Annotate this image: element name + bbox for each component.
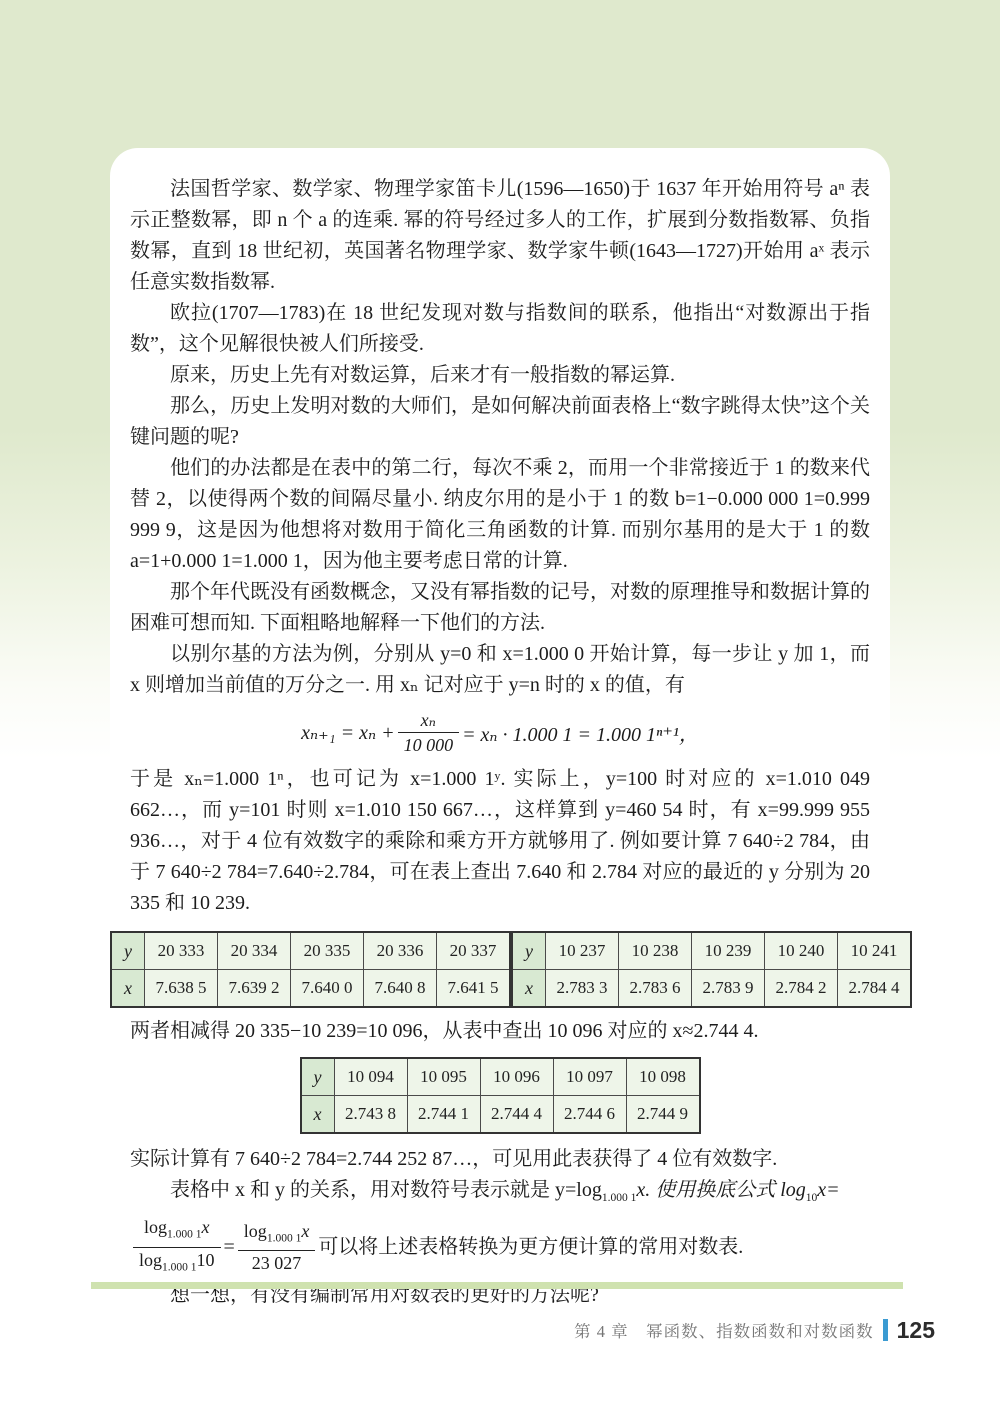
lookup-table-20335: y 20 333 20 334 20 335 20 336 20 337 x 7… — [110, 931, 511, 1008]
paragraph-burgi-method: 以别尔基的方法为例，分别从 y=0 和 x=1.000 0 开始计算，每一步让 … — [130, 639, 870, 701]
table-cell: 7.639 2 — [218, 970, 291, 1008]
table-cell: 10 238 — [619, 932, 692, 970]
paragraph-descartes-powers: 法国哲学家、数学家、物理学家笛卡儿(1596—1650)于 1637 年开始用符… — [130, 174, 870, 298]
footer-divider-bar — [91, 1282, 903, 1289]
table-cell: 2.744 4 — [480, 1096, 553, 1134]
fraction-numerator: log1.000 1x — [238, 1220, 316, 1252]
paragraph-logs-first: 原来，历史上先有对数运算，后来才有一般指数的幂运算. — [130, 360, 870, 391]
row-label-x: x — [111, 970, 145, 1008]
fraction-numerator: log1.000 1x — [133, 1216, 221, 1248]
paragraph-actual-result: 实际计算有 7 640÷2 784=2.744 252 87…，可见用此表获得了… — [130, 1144, 870, 1175]
fraction-right: log1.000 1x 23 027 — [238, 1220, 316, 1275]
log-base-subscript: 1.000 1 — [167, 1229, 202, 1241]
table-cell: 2.744 6 — [553, 1096, 626, 1134]
formula-lhs: xₙ₊₁ = xₙ + — [301, 720, 394, 745]
side-by-side-tables: y 20 333 20 334 20 335 20 336 20 337 x 7… — [110, 931, 888, 1008]
table-cell: 20 333 — [145, 932, 218, 970]
log-function: log — [244, 1221, 267, 1241]
row-label-x: x — [301, 1096, 335, 1134]
row-label-x: x — [512, 970, 546, 1008]
table-cell: 10 095 — [407, 1058, 480, 1096]
table-cell: 2.743 8 — [334, 1096, 407, 1134]
paragraph-subtraction: 两者相减得 20 335−10 239=10 096，从表中查出 10 096 … — [130, 1016, 870, 1047]
log-base-subscript: 1.000 1 — [162, 1261, 197, 1273]
page-number: 125 — [897, 1317, 935, 1344]
log-base-subscript: 10 — [806, 1192, 818, 1204]
table-cell: 7.638 5 — [145, 970, 218, 1008]
paragraph-no-function-concept: 那个年代既没有函数概念，又没有幂指数的记号，对数的原理推导和数据计算的困难可想而… — [130, 577, 870, 639]
log-argument: 10 — [197, 1250, 215, 1270]
table-row-y: y 10 237 10 238 10 239 10 240 10 241 — [512, 932, 911, 970]
table-cell: 10 098 — [626, 1058, 700, 1096]
table-cell: 10 097 — [553, 1058, 626, 1096]
table-cell: 2.783 3 — [546, 970, 619, 1008]
fraction-left: log1.000 1x log1.000 110 — [133, 1216, 221, 1278]
page-footer: 第 4 章 幂函数、指数函数和对数函数 125 — [574, 1316, 935, 1344]
table-cell: 20 337 — [437, 932, 511, 970]
row-label-y: y — [111, 932, 145, 970]
recurrence-formula: xₙ₊₁ = xₙ + xₙ 10 000 = xₙ · 1.000 1 = 1… — [130, 709, 870, 756]
paragraph-euler-logs: 欧拉(1707—1783)在 18 世纪发现对数与指数间的联系，他指出“对数源出… — [130, 298, 870, 360]
table-row-x: x 2.783 3 2.783 6 2.783 9 2.784 2 2.784 … — [512, 970, 911, 1008]
fraction-numerator: xₙ — [398, 709, 460, 733]
lookup-table-10096: y 10 094 10 095 10 096 10 097 10 098 x 2… — [300, 1057, 701, 1134]
chapter-title: 第 4 章 幂函数、指数函数和对数函数 — [574, 1318, 874, 1342]
paragraph-napier-burgi: 他们的办法都是在表中的第二行，每次不乘 2，而用一个非常接近于 1 的数来代替 … — [130, 453, 870, 577]
table-row-y: y 20 333 20 334 20 335 20 336 20 337 — [111, 932, 510, 970]
fraction-denominator: 10 000 — [398, 733, 460, 756]
table-cell: 2.783 6 — [619, 970, 692, 1008]
log-notation-text-c: x= — [817, 1179, 839, 1201]
table-cell: 20 335 — [291, 932, 364, 970]
fraction-denominator: 23 027 — [238, 1251, 316, 1274]
table-cell: 7.640 0 — [291, 970, 364, 1008]
center-table-wrap: y 10 094 10 095 10 096 10 097 10 098 x 2… — [130, 1057, 870, 1134]
table-cell: 2.744 9 — [626, 1096, 700, 1134]
table-cell: 7.640 8 — [364, 970, 437, 1008]
table-cell: 10 096 — [480, 1058, 553, 1096]
log-argument: x — [202, 1217, 210, 1237]
formula-tail-text: 可以将上述表格转换为更方便计算的常用对数表. — [318, 1232, 743, 1263]
log-notation-text-b: x. 使用换底公式 log — [636, 1179, 805, 1201]
table-cell: 2.783 9 — [692, 970, 765, 1008]
table-cell: 10 241 — [838, 932, 912, 970]
paragraph-key-question: 那么，历史上发明对数的大师们，是如何解决前面表格上“数字跳得太快”这个关键问题的… — [130, 391, 870, 453]
table-cell: 2.784 2 — [765, 970, 838, 1008]
fraction-denominator: log1.000 110 — [133, 1248, 221, 1279]
table-cell: 10 239 — [692, 932, 765, 970]
formula-rhs: = xₙ · 1.000 1 = 1.000 1ⁿ⁺¹， — [462, 718, 699, 747]
table-cell: 20 334 — [218, 932, 291, 970]
row-label-y: y — [301, 1058, 335, 1096]
log-base-subscript: 1.000 1 — [267, 1232, 302, 1244]
table-cell: 10 240 — [765, 932, 838, 970]
log-function: log — [144, 1217, 167, 1237]
row-label-y: y — [512, 932, 546, 970]
table-row-x: x 2.743 8 2.744 1 2.744 4 2.744 6 2.744 … — [301, 1096, 700, 1134]
table-cell: 2.744 1 — [407, 1096, 480, 1134]
table-cell: 10 094 — [334, 1058, 407, 1096]
paragraph-log-notation: 表格中 x 和 y 的关系，用对数符号表示就是 y=log1.000 1x. 使… — [130, 1175, 870, 1214]
log-argument: x — [301, 1221, 309, 1241]
log-notation-text-a: 表格中 x 和 y 的关系，用对数符号表示就是 y=log — [170, 1179, 602, 1201]
page-number-accent-bar — [883, 1319, 888, 1341]
table-cell: 10 237 — [546, 932, 619, 970]
table-cell: 7.641 5 — [437, 970, 511, 1008]
table-cell: 2.784 4 — [838, 970, 912, 1008]
log-function: log — [139, 1250, 162, 1270]
fraction: xₙ 10 000 — [398, 709, 460, 756]
lookup-table-10239: y 10 237 10 238 10 239 10 240 10 241 x 2… — [511, 931, 912, 1008]
table-cell: 20 336 — [364, 932, 437, 970]
paragraph-calculation-example: 于是 xₙ=1.000 1ⁿ，也可记为 x=1.000 1ʸ. 实际上，y=10… — [130, 764, 870, 919]
content-panel: 法国哲学家、数学家、物理学家笛卡儿(1596—1650)于 1637 年开始用符… — [110, 148, 890, 1422]
table-row-y: y 10 094 10 095 10 096 10 097 10 098 — [301, 1058, 700, 1096]
log-base-subscript: 1.000 1 — [602, 1192, 637, 1204]
change-of-base-formula: log1.000 1x log1.000 110 = log1.000 1x 2… — [130, 1216, 870, 1278]
table-row-x: x 7.638 5 7.639 2 7.640 0 7.640 8 7.641 … — [111, 970, 510, 1008]
equals-sign: = — [224, 1232, 235, 1263]
